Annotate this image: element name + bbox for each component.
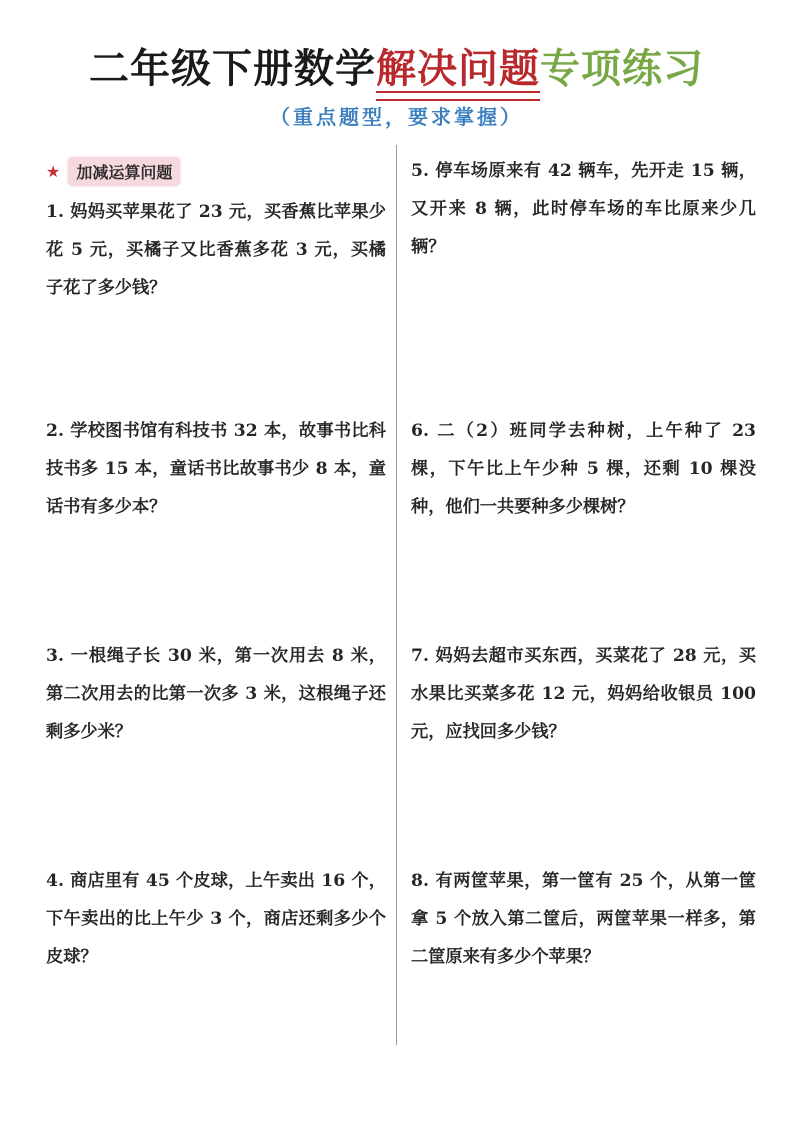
page-subtitle: （重点题型，要求掌握） [0,101,793,130]
star-icon: ★ [46,164,60,180]
problem-6: 6. 二（2）班同学去种树，上午种了 23 棵，下午比上午少种 5 棵，还剩 1… [411,412,756,526]
problem-8: 8. 有两筐苹果，第一筐有 25 个，从第一筐拿 5 个放入第二筐后，两筐苹果一… [411,862,756,976]
column-divider [396,145,397,1045]
problem-2: 2. 学校图书馆有科技书 32 本，故事书比科技书多 15 本，童话书比故事书少… [46,412,386,526]
problem-1: 1. 妈妈买苹果花了 23 元，买香蕉比苹果少花 5 元，买橘子又比香蕉多花 3… [46,193,386,307]
problem-4: 4. 商店里有 45 个皮球，上午卖出 16 个，下午卖出的比上午少 3 个，商… [46,862,386,976]
title-green-part: 专项练习 [540,46,704,92]
section-header: ★ 加减运算问题 [46,157,180,186]
title-black-part: 二年级下册数学 [89,46,376,92]
problem-3: 3. 一根绳子长 30 米，第一次用去 8 米，第二次用去的比第一次多 3 米，… [46,637,386,751]
title-red-part: 解决问题 [376,44,540,94]
problem-5: 5. 停车场原来有 42 辆车，先开走 15 辆，又开来 8 辆，此时停车场的车… [411,152,756,266]
section-badge: 加减运算问题 [68,157,180,186]
problem-7: 7. 妈妈去超市买东西，买菜花了 28 元，买水果比买菜多花 12 元，妈妈给收… [411,637,756,751]
page-title: 二年级下册数学解决问题专项练习 [0,44,793,94]
